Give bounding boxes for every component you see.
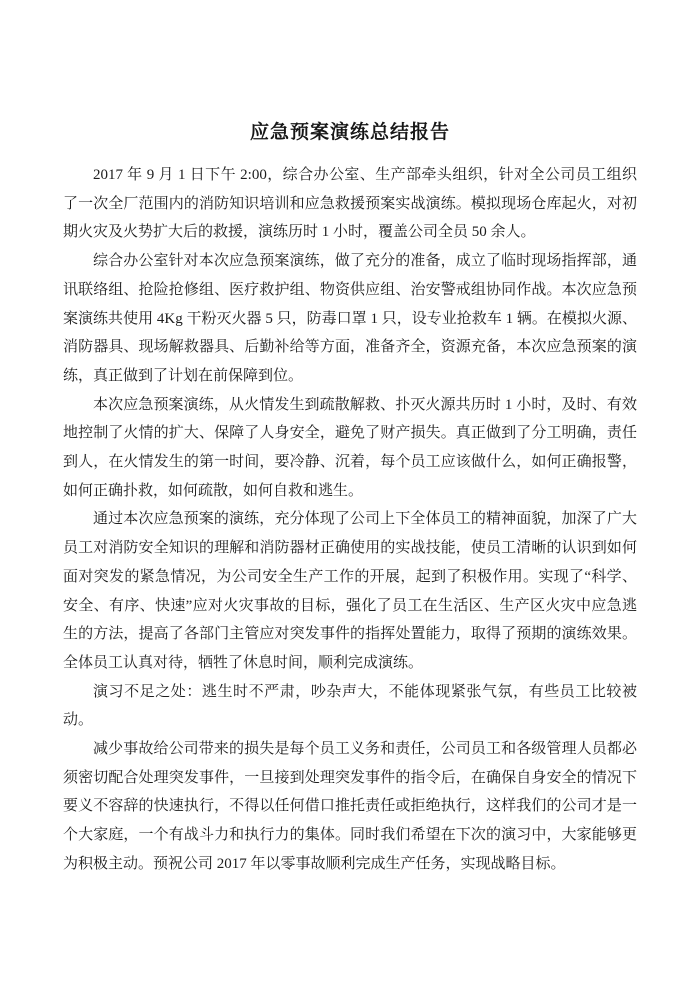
paragraph-intro: 2017 年 9 月 1 日下午 2:00，综合办公室、生产部牵头组织，针对全公… bbox=[63, 161, 637, 247]
paragraph-achievements: 通过本次应急预案的演练，充分体现了公司上下全体员工的精神面貌，加深了广大员工对消… bbox=[63, 505, 637, 677]
paragraph-shortcomings: 演习不足之处：逃生时不严肃，吵杂声大，不能体现紧张气氛，有些员工比较被动。 bbox=[63, 678, 637, 735]
paragraph-conclusion: 减少事故给公司带来的损失是每个员工义务和责任，公司员工和各级管理人员都必须密切配… bbox=[63, 735, 637, 879]
document-content: 应急预案演练总结报告 2017 年 9 月 1 日下午 2:00，综合办公室、生… bbox=[0, 0, 700, 879]
document-page: 应急预案演练总结报告 2017 年 9 月 1 日下午 2:00，综合办公室、生… bbox=[0, 0, 700, 990]
paragraph-process: 本次应急预案演练，从火情发生到疏散解救、扑灭火源共历时 1 小时，及时、有效地控… bbox=[63, 391, 637, 506]
page-title: 应急预案演练总结报告 bbox=[63, 118, 637, 148]
paragraph-preparation: 综合办公室针对本次应急预案演练，做了充分的准备，成立了临时现场指挥部，通讯联络组… bbox=[63, 247, 637, 391]
